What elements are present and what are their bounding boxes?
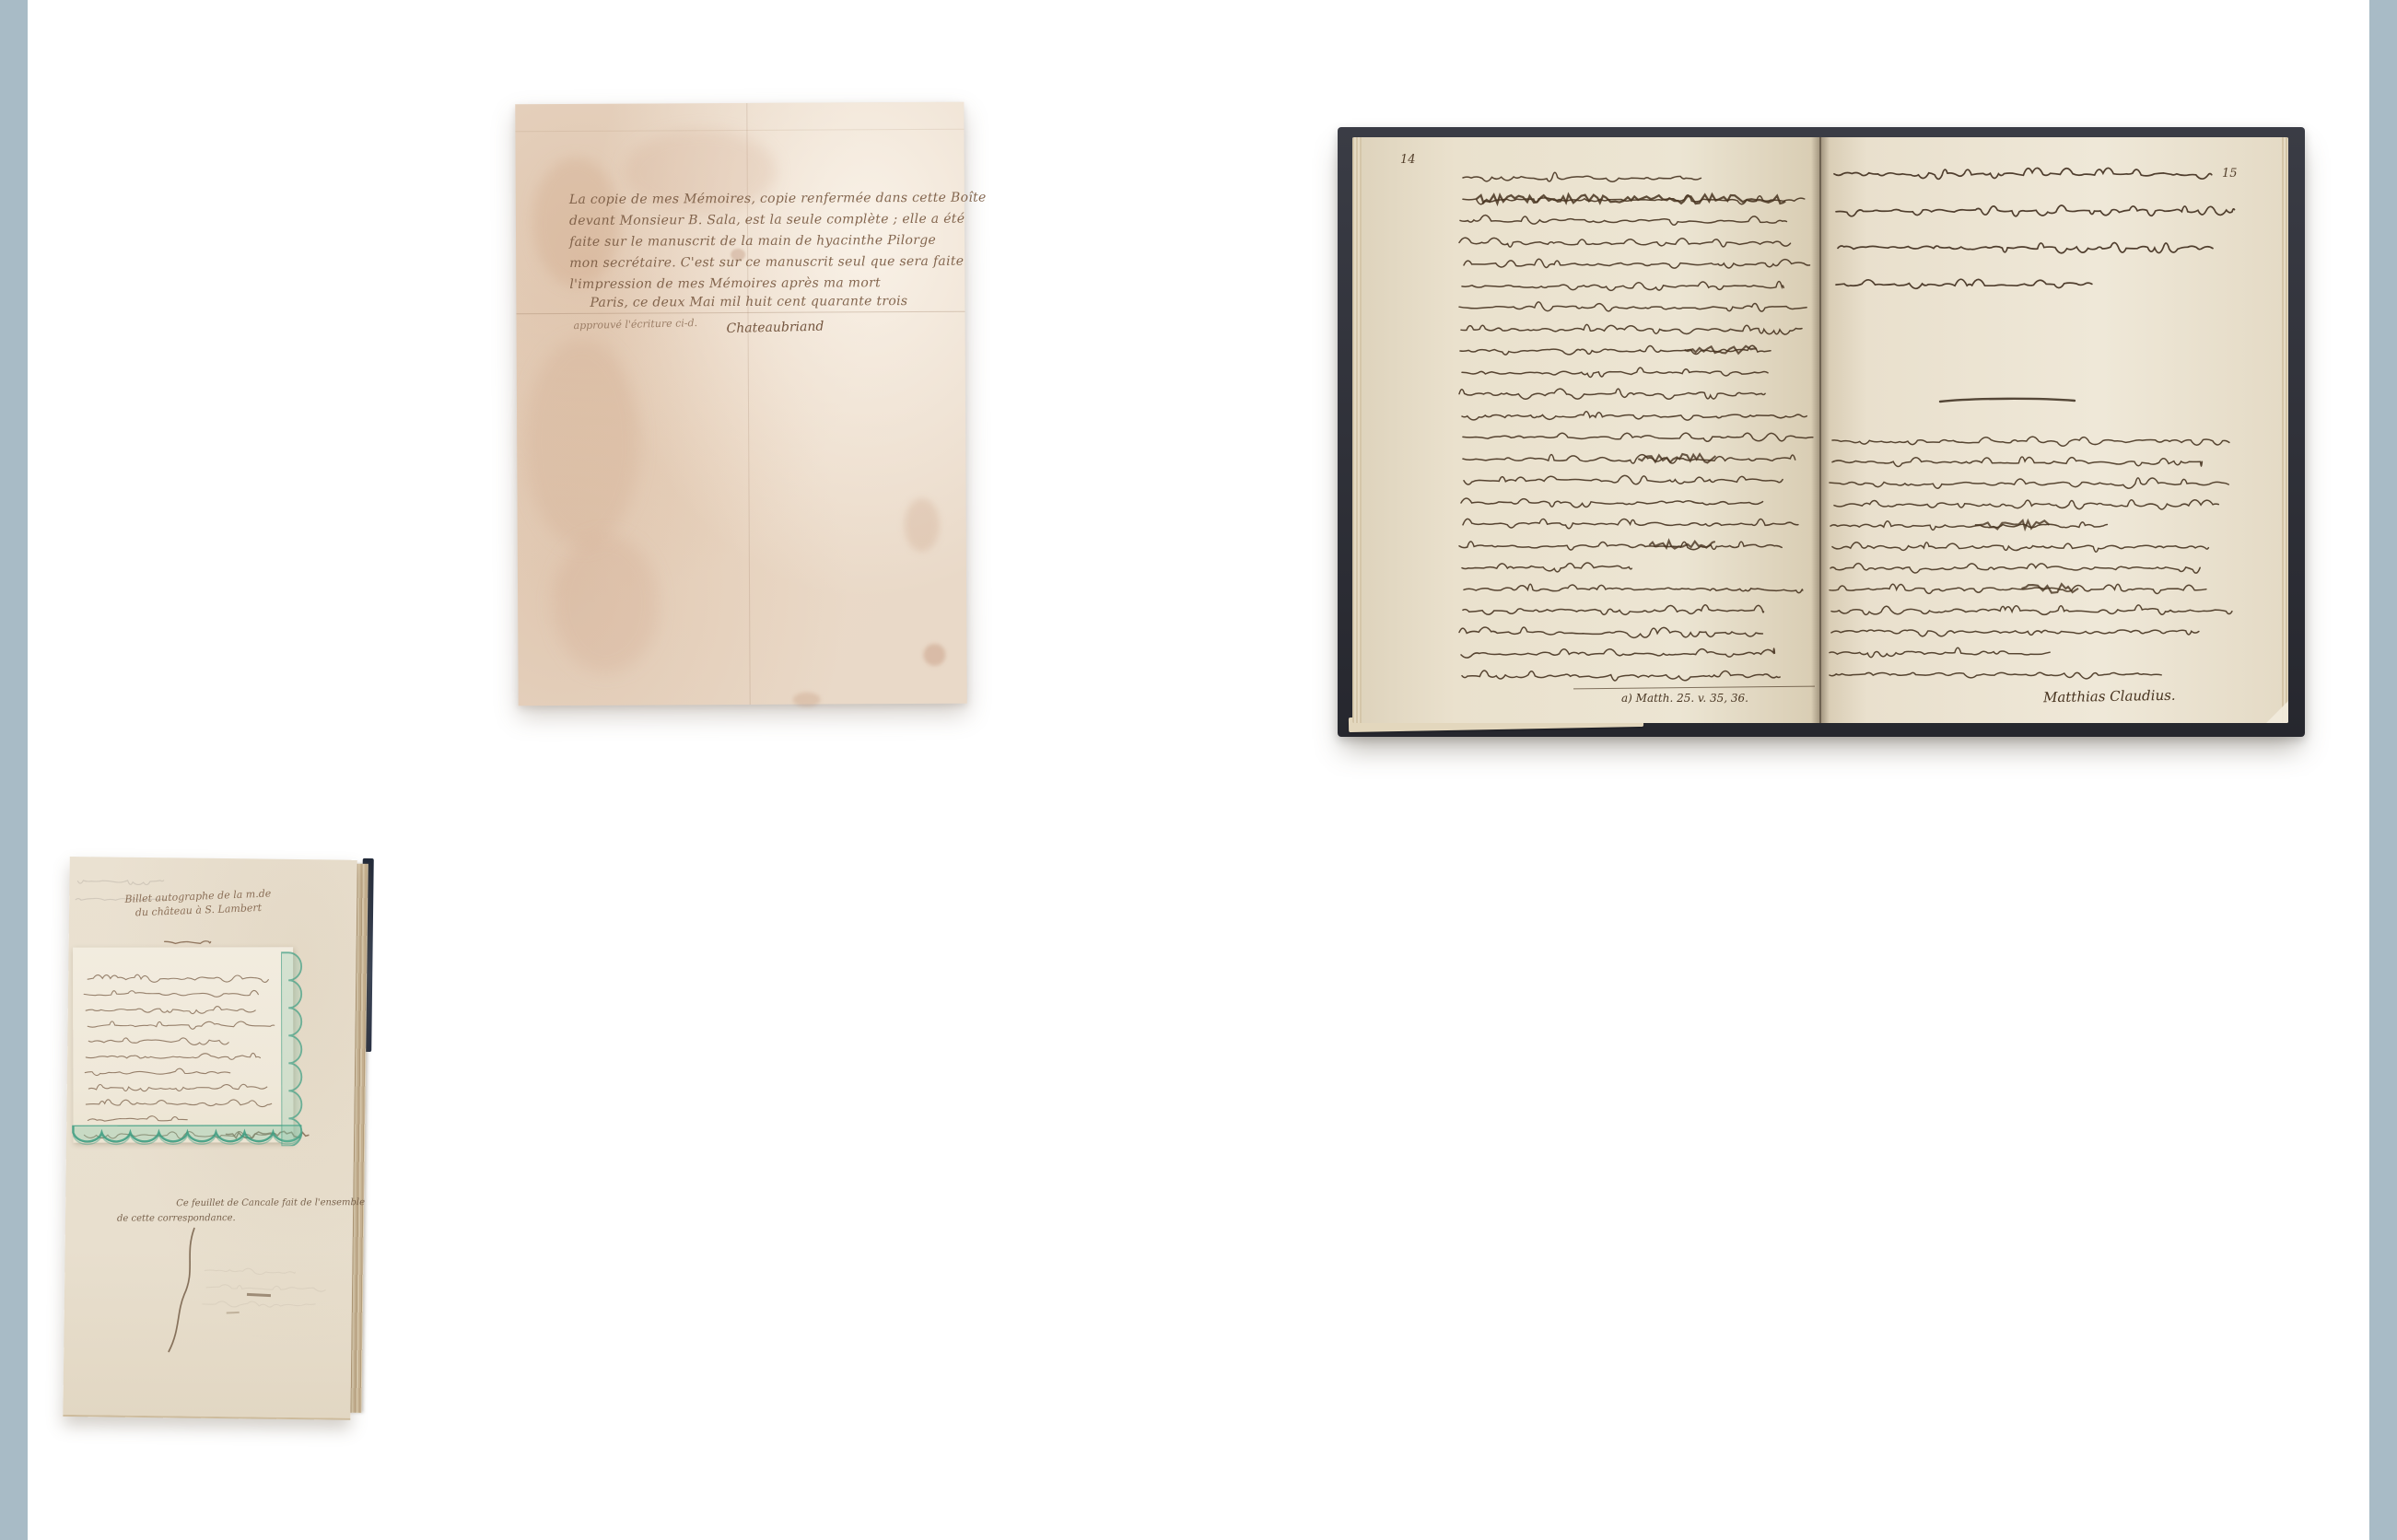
handwriting-line bbox=[77, 869, 174, 889]
handwriting-line bbox=[1461, 492, 1815, 514]
handwriting-line bbox=[1838, 237, 2255, 274]
right-margin-band bbox=[2369, 0, 2397, 1540]
handwriting-line bbox=[1836, 200, 2255, 237]
handwriting-line bbox=[1461, 643, 1815, 665]
album-page: Billet autographe de la m.de du château … bbox=[63, 857, 357, 1420]
handwriting-line bbox=[86, 1045, 285, 1061]
handwriting-line bbox=[205, 1260, 332, 1278]
handwriting-line bbox=[1459, 535, 1815, 557]
handwriting-line bbox=[1830, 578, 2261, 600]
green-scallop-edge-right bbox=[281, 949, 305, 1149]
book-gutter-crease bbox=[1819, 137, 1821, 723]
page-number-left: 14 bbox=[1400, 153, 1416, 167]
handwriting-line bbox=[84, 983, 285, 998]
handwriting-line bbox=[1831, 621, 2261, 642]
handwriting-line bbox=[85, 1061, 285, 1077]
foxing-stain bbox=[553, 534, 660, 673]
manuscript-chateaubriand-note: La copie de mes Mémoires, copie renfermé… bbox=[515, 102, 966, 706]
handwriting-line bbox=[1463, 600, 1815, 622]
handwriting-line bbox=[1462, 275, 1815, 297]
handwriting-line bbox=[1463, 189, 1815, 211]
handwriting-line bbox=[203, 1293, 332, 1312]
handwriting-line bbox=[1462, 665, 1815, 687]
heading-divider-squiggle bbox=[163, 931, 211, 943]
tipped-in-billet bbox=[73, 947, 293, 1142]
book-page-left: 14 a) Matth. 25. v. 35, 36. bbox=[1352, 137, 1820, 723]
note-approval: approuvé l'écriture ci-d. bbox=[573, 317, 697, 332]
book-page-right: 15 Matthias Claudius. bbox=[1820, 137, 2288, 723]
claudius-signature: Matthias Claudius. bbox=[2043, 687, 2176, 706]
handwriting-line bbox=[1834, 494, 2261, 515]
left-margin-band bbox=[0, 0, 28, 1540]
handwriting-line bbox=[88, 1108, 285, 1124]
handwriting-block-german-body bbox=[1830, 430, 2261, 684]
footnote: a) Matth. 25. v. 35, 36. bbox=[1621, 692, 1748, 705]
handwriting-line bbox=[1463, 449, 1815, 471]
book-pages: 14 a) Matth. 25. v. 35, 36. 15 Matthias … bbox=[1352, 137, 2288, 723]
green-scallop-edge-bottom bbox=[69, 1125, 301, 1156]
handwriting-line bbox=[1463, 167, 1815, 189]
handwriting-line bbox=[1830, 663, 2261, 684]
handwriting-line bbox=[1459, 622, 1815, 644]
fold-crease bbox=[515, 129, 964, 133]
fold-crease bbox=[516, 311, 965, 315]
handwriting-line bbox=[1461, 319, 1815, 341]
note-signature: Chateaubriand bbox=[726, 320, 824, 336]
handwriting-line bbox=[86, 1092, 285, 1108]
handwriting-line bbox=[1836, 274, 2255, 310]
note-line: faite sur le manuscrit de la main de hya… bbox=[569, 230, 960, 253]
handwriting-block-billet bbox=[84, 967, 285, 1139]
handwriting-line bbox=[88, 1030, 285, 1045]
section-divider-stroke bbox=[1938, 391, 2076, 409]
handwriting-line bbox=[1464, 470, 1815, 492]
handwriting-line bbox=[1463, 426, 1815, 449]
note-line: La copie de mes Mémoires, copie renfermé… bbox=[569, 188, 960, 211]
handwriting-line bbox=[1832, 536, 2261, 557]
handwriting-line bbox=[1464, 578, 1815, 601]
foxing-stain bbox=[923, 644, 945, 666]
handwriting-line bbox=[1463, 513, 1815, 535]
foxing-stain bbox=[524, 339, 640, 547]
foxing-stain bbox=[793, 693, 821, 707]
page-corner-fold bbox=[2266, 701, 2288, 723]
fore-edge-stack bbox=[2280, 137, 2288, 723]
handwriting-line bbox=[88, 967, 285, 983]
handwriting-line bbox=[206, 1277, 332, 1295]
handwriting-line bbox=[1462, 362, 1815, 384]
handwriting-line bbox=[1832, 430, 2261, 451]
handwriting-line bbox=[1462, 405, 1815, 427]
handwriting-line bbox=[1459, 297, 1815, 319]
note-line: l'impression de mes Mémoires après ma mo… bbox=[569, 273, 960, 296]
handwriting-block-german-left bbox=[1459, 167, 1815, 686]
handwriting-line bbox=[88, 1014, 285, 1030]
handwriting-block-german-intro bbox=[1833, 163, 2255, 310]
pen-flourish bbox=[156, 1226, 202, 1359]
handwriting-line bbox=[1464, 253, 1815, 275]
album-heading: Billet autographe de la m.de du château … bbox=[111, 886, 286, 921]
foxing-stain bbox=[905, 498, 940, 552]
note-body: La copie de mes Mémoires, copie renfermé… bbox=[569, 188, 961, 296]
handwriting-line bbox=[1832, 451, 2261, 472]
handwriting-line bbox=[86, 998, 285, 1014]
note-line: devant Monsieur B. Sala, est la seule co… bbox=[569, 209, 960, 232]
handwriting-line bbox=[1834, 163, 2255, 200]
manuscript-german-book: 14 a) Matth. 25. v. 35, 36. 15 Matthias … bbox=[1338, 127, 2305, 737]
fore-edge-stack bbox=[1352, 137, 1362, 723]
catalog-photo-page: La copie de mes Mémoires, copie renfermé… bbox=[0, 0, 2397, 1540]
handwriting-line bbox=[1831, 600, 2261, 621]
handwriting-line bbox=[1830, 515, 2261, 536]
handwriting-line bbox=[1830, 557, 2261, 578]
bleed-through-ghost bbox=[203, 1260, 333, 1312]
note-dateline: Paris, ce deux Mai mil huit cent quarant… bbox=[590, 294, 958, 310]
album-caption-line: Ce feuillet de Cancale fait de l'ensembl… bbox=[176, 1197, 365, 1208]
handwriting-line bbox=[1830, 472, 2261, 494]
note-line: mon secrétaire. C'est sur ce manuscrit s… bbox=[569, 251, 960, 274]
handwriting-line bbox=[1459, 232, 1815, 254]
handwriting-line bbox=[1462, 556, 1815, 578]
handwriting-line bbox=[1459, 383, 1815, 405]
handwriting-line bbox=[165, 931, 211, 943]
album-caption-line: de cette correspondance. bbox=[117, 1213, 236, 1224]
handwriting-line bbox=[88, 1077, 285, 1092]
handwriting-line bbox=[1460, 210, 1815, 232]
handwriting-line bbox=[1460, 340, 1815, 362]
manuscript-album-billet: Billet autographe de la m.de du château … bbox=[63, 851, 380, 1433]
handwriting-line bbox=[1830, 642, 2261, 663]
